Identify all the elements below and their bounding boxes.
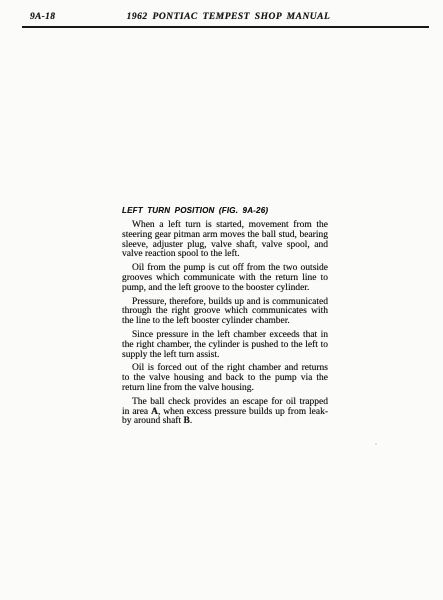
scan-speck: [375, 443, 377, 445]
paragraph-text: .: [190, 416, 192, 426]
paragraph: Oil is forced out of the right chamber a…: [122, 364, 328, 393]
running-head: 9A-18 1962 PONTIAC TEMPEST SHOP MANUAL: [0, 0, 443, 30]
header-rule: [22, 26, 429, 28]
paragraph: Pressure, therefore, builds up and is co…: [122, 298, 328, 327]
text-column: LEFT TURN POSITION (FIG. 9A-26) When a l…: [122, 206, 328, 431]
manual-title: 1962 PONTIAC TEMPEST SHOP MANUAL: [7, 12, 443, 22]
paragraph: Since pressure in the left chamber excee…: [122, 331, 328, 360]
section-heading: LEFT TURN POSITION (FIG. 9A-26): [122, 206, 328, 215]
paragraph: The ball check provides an escape for oi…: [122, 398, 328, 427]
manual-page: 9A-18 1962 PONTIAC TEMPEST SHOP MANUAL L…: [0, 0, 443, 600]
paragraph: When a left turn is started, movement fr…: [122, 221, 328, 260]
paragraph: Oil from the pump is cut off from the tw…: [122, 264, 328, 293]
